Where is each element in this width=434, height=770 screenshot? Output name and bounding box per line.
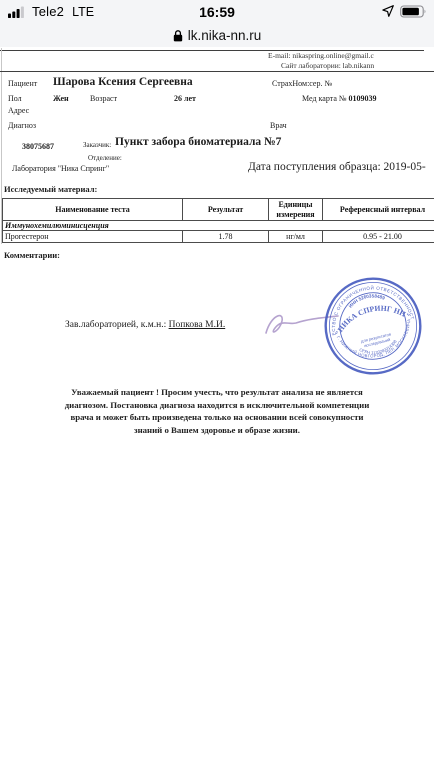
status-right xyxy=(381,4,428,18)
disclaimer-line: диагнозом. Постановка диагноза находится… xyxy=(57,399,377,412)
customer-label: Заказчик: xyxy=(83,141,111,149)
lab-website: Сайт лаборатории: lab.nikann xyxy=(281,61,374,70)
lock-icon xyxy=(173,29,183,42)
table-section-row: Иммунохемилюминисценция xyxy=(3,221,434,231)
customer-name: Пункт забора биоматериала №7 xyxy=(115,136,281,148)
header-rule-bottom xyxy=(0,71,434,72)
browser-chrome: Tele2 LTE 16:59 lk.nika-nn.ru xyxy=(0,0,434,48)
material-label: Исследуемый материал: xyxy=(4,184,97,194)
disclaimer-line: врача и может быть произведена только на… xyxy=(57,411,377,424)
doctor-label: Врач xyxy=(270,121,287,130)
test-name-cell: Прогестерон xyxy=(3,231,183,243)
col-result: Результат xyxy=(183,199,269,221)
results-table: Наименование теста Результат Единицы изм… xyxy=(2,198,434,243)
battery-icon xyxy=(400,5,428,18)
col-test-name: Наименование теста xyxy=(3,199,183,221)
location-arrow-icon xyxy=(381,4,395,18)
iphone-screen: Tele2 LTE 16:59 lk.nika-nn.ru xyxy=(0,0,434,770)
patient-label: Пациент xyxy=(8,79,37,88)
diagnosis-label: Диагноз xyxy=(8,121,36,130)
signatory-title: Зав.лабораторией, к.м.н.: xyxy=(65,320,169,330)
disclaimer-line: знаний о Вашем здоровье и образе жизни. xyxy=(57,424,377,437)
table-row: Прогестерон 1.78 нг/мл 0.95 - 21.00 xyxy=(3,231,434,243)
comments-label: Комментарии: xyxy=(4,250,60,260)
address-bar[interactable]: lk.nika-nn.ru xyxy=(0,24,434,47)
department-label: Отделение: xyxy=(88,154,122,162)
med-card-label: Мед карта № xyxy=(302,94,347,103)
age-value: 26 лет xyxy=(174,94,196,103)
units-cell: нг/мл xyxy=(269,231,323,243)
address-label: Адрес xyxy=(8,106,29,115)
col-reference: Референсный интервал xyxy=(323,199,434,221)
method-section-label: Иммунохемилюминисценция xyxy=(3,221,434,231)
reference-cell: 0.95 - 21.00 xyxy=(323,231,434,243)
lab-report-document: E-mail: nikaspring.online@gmail.c Сайт л… xyxy=(0,47,434,770)
sample-date: Дата поступления образца: 2019-05- xyxy=(248,161,426,173)
result-cell: 1.78 xyxy=(183,231,269,243)
sex-value: Жен xyxy=(53,94,69,103)
laboratory-name: Лаборатория "Ника Спринг" xyxy=(12,164,109,173)
url-text[interactable]: lk.nika-nn.ru xyxy=(188,28,262,43)
table-header-row: Наименование теста Результат Единицы изм… xyxy=(3,199,434,221)
signatory-line: Зав.лабораторией, к.м.н.: Попкова М.И. xyxy=(65,320,225,330)
lab-email: E-mail: nikaspring.online@gmail.c xyxy=(268,51,374,60)
status-bar: Tele2 LTE 16:59 xyxy=(0,0,434,24)
age-label: Возраст xyxy=(90,94,117,103)
order-number: 38075687 xyxy=(22,142,54,151)
patient-disclaimer: Уважаемый пациент ! Просим учесть, что р… xyxy=(57,386,377,436)
med-card: Мед карта № 0109039 xyxy=(302,94,377,103)
patient-name: Шарова Ксения Сергеевна xyxy=(53,76,193,88)
lab-stamp-icon: ОБЩЕСТВО С ОГРАНИЧЕННОЙ ОТВЕТСТВЕННОСТЬЮ… xyxy=(323,276,423,376)
disclaimer-line: Уважаемый пациент ! Просим учесть, что р… xyxy=(57,386,377,399)
col-units: Единицы измерения xyxy=(269,199,323,221)
insurance-label: СтрахНом:сер. № xyxy=(272,79,332,88)
signatory-name: Попкова М.И. xyxy=(169,320,226,330)
sex-label: Пол xyxy=(8,94,22,103)
med-card-number: 0109039 xyxy=(349,94,377,103)
clock: 16:59 xyxy=(0,4,434,20)
